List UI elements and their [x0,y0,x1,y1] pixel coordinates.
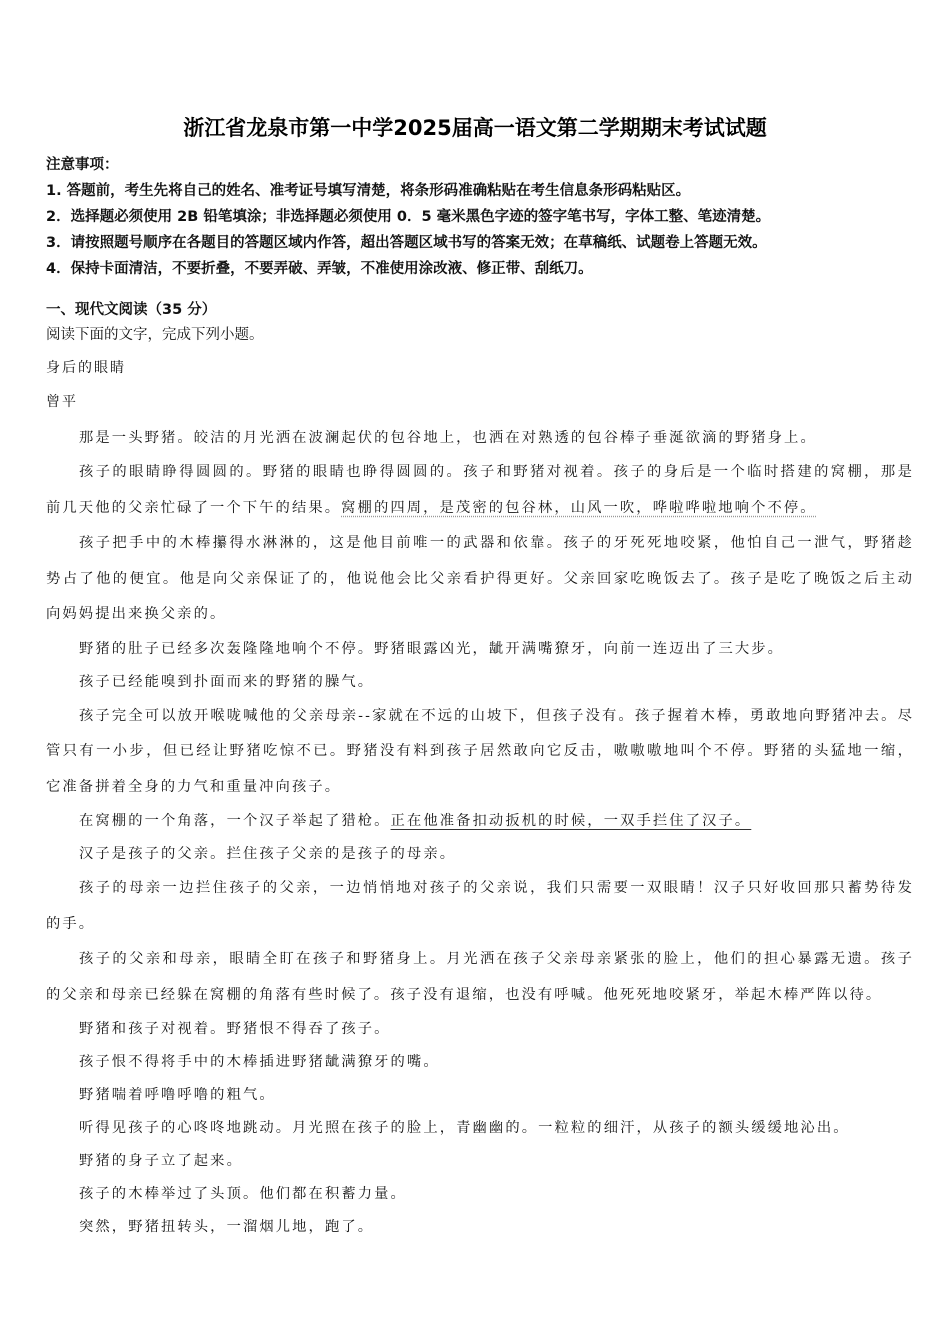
paragraph: 野猪喘着呼噜呼噜的粗气。 [46,1079,914,1112]
essay-title: 身后的眼睛 [46,357,126,377]
notice-heading: 注意事项： [46,152,926,178]
paragraph-text: 在窝棚的一个角落，一个汉子举起了猎枪。 [79,813,391,829]
document-page: 浙江省龙泉市第一中学2025届高一语文第二学期期末考试试题 注意事项： 1. 答… [0,0,950,1344]
paragraph: 孩子完全可以放开喉咙喊他的父亲母亲--家就在不远的山坡下，但孩子没有。孩子握着木… [46,699,914,806]
paragraph: 野猪和孩子对视着。野猪恨不得吞了孩子。 [46,1013,914,1046]
underlined-sentence: 窝棚的四周，是茂密的包谷林，山风一吹，哗啦哗啦地响个不停。 [341,500,817,516]
page-title: 浙江省龙泉市第一中学2025届高一语文第二学期期末考试试题 [0,112,950,142]
underlined-sentence: 正在他准备扣动扳机的时候，一双手拦住了汉子。 [391,813,752,829]
notice-section: 注意事项： 1. 答题前，考生先将自己的姓名、准考证号填写清楚，将条形码准确粘贴… [46,152,926,282]
paragraph: 听得见孩子的心咚咚地跳动。月光照在孩子的脸上，青幽幽的。一粒粒的细汗，从孩子的额… [46,1112,914,1145]
section-instruction: 阅读下面的文字，完成下列小题。 [46,324,264,346]
notice-item: 3．请按照题号顺序在各题目的答题区域内作答，超出答题区域书写的答案无效；在草稿纸… [46,230,926,256]
paragraph: 那是一头野猪。皎洁的月光洒在波澜起伏的包谷地上，也洒在对熟透的包谷棒子垂涎欲滴的… [46,422,914,455]
paragraph: 孩子把手中的木棒攥得水淋淋的，这是他目前唯一的武器和依靠。孩子的牙死死地咬紧，他… [46,526,914,633]
paragraph: 孩子的眼睛睁得圆圆的。野猪的眼睛也睁得圆圆的。孩子和野猪对视着。孩子的身后是一个… [46,455,914,526]
paragraph: 孩子恨不得将手中的木棒插进野猪龇满獠牙的嘴。 [46,1046,914,1079]
paragraph: 野猪的肚子已经多次轰隆隆地响个不停。野猪眼露凶光，龇开满嘴獠牙，向前一连迈出了三… [46,633,914,666]
notice-item: 2．选择题必须使用 2B 铅笔填涂；非选择题必须使用 0．5 毫米黑色字迹的签字… [46,204,926,230]
paragraph: 孩子已经能嗅到扑面而来的野猪的臊气。 [46,666,914,699]
notice-item: 1. 答题前，考生先将自己的姓名、准考证号填写清楚，将条形码准确粘贴在考生信息条… [46,178,926,204]
notice-item: 4．保持卡面清洁，不要折叠，不要弄破、弄皱，不准使用涂改液、修正带、刮纸刀。 [46,256,926,282]
paragraph: 突然，野猪扭转头，一溜烟儿地，跑了。 [46,1211,914,1244]
section-heading: 一、现代文阅读（35 分） [46,299,216,321]
paragraph: 孩子的母亲一边拦住孩子的父亲，一边悄悄地对孩子的父亲说，我们只需要一双眼睛！汉子… [46,871,914,942]
paragraph: 孩子的木棒举过了头顶。他们都在积蓄力量。 [46,1178,914,1211]
paragraph: 孩子的父亲和母亲，眼睛全盯在孩子和野猪身上。月光洒在孩子父亲母亲紧张的脸上，他们… [46,942,914,1013]
paragraph: 在窝棚的一个角落，一个汉子举起了猎枪。正在他准备扣动扳机的时候，一双手拦住了汉子… [46,805,914,838]
paragraph: 野猪的身子立了起来。 [46,1145,914,1178]
paragraph: 汉子是孩子的父亲。拦住孩子父亲的是孩子的母亲。 [46,838,914,871]
essay-author: 曾平 [46,391,78,411]
essay-body: 那是一头野猪。皎洁的月光洒在波澜起伏的包谷地上，也洒在对熟透的包谷棒子垂涎欲滴的… [46,422,914,1244]
